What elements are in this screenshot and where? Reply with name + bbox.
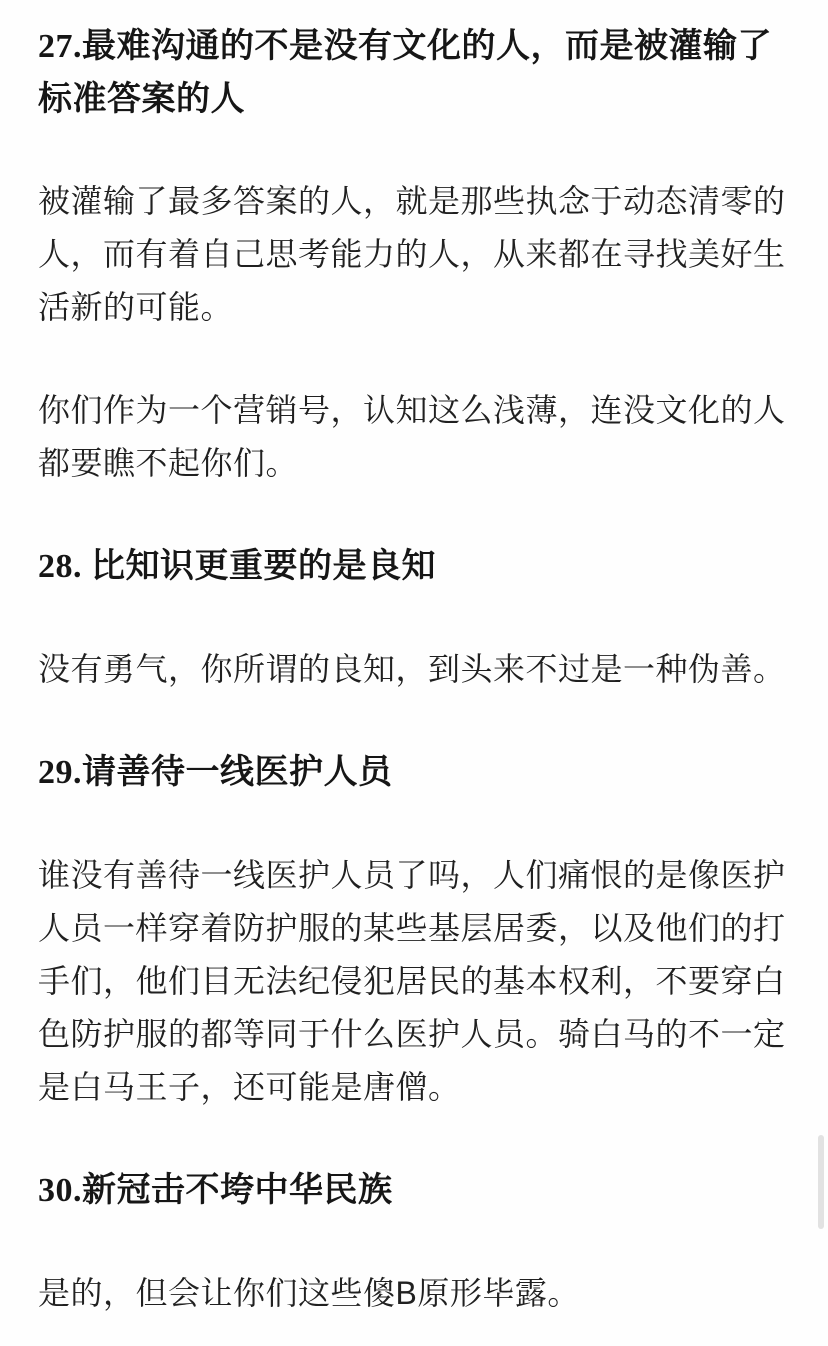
section-heading: 29.请善待一线医护人员 [38, 746, 790, 799]
section-title: 请善待一线医护人员 [82, 753, 393, 791]
section-title: 最难沟通的不是没有文化的人，而是被灌输了标准答案的人 [38, 27, 772, 118]
section-heading: 27.最难沟通的不是没有文化的人，而是被灌输了标准答案的人 [38, 20, 790, 125]
scrollbar[interactable] [814, 0, 828, 1346]
section-30: 30.新冠击不垮中华民族 是的，但会让你们这些傻B原形毕露。 [38, 1164, 790, 1320]
paragraph: 没有勇气，你所谓的良知，到头来不过是一种伪善。 [38, 643, 790, 696]
scrollbar-thumb[interactable] [818, 1135, 824, 1229]
section-number: 28. [38, 548, 91, 585]
paragraph: 被灌输了最多答案的人，就是那些执念于动态清零的人，而有着自己思考能力的人，从来都… [38, 175, 790, 334]
paragraph: 谁没有善待一线医护人员了吗，人们痛恨的是像医护人员一样穿着防护服的某些基层居委，… [38, 849, 790, 1114]
section-number: 30. [38, 1172, 82, 1209]
section-heading: 28. 比知识更重要的是良知 [38, 540, 790, 593]
paragraph: 你们作为一个营销号，认知这么浅薄，连没文化的人都要瞧不起你们。 [38, 384, 790, 490]
section-28: 28. 比知识更重要的是良知 没有勇气，你所谓的良知，到头来不过是一种伪善。 [38, 540, 790, 696]
article-body: 27.最难沟通的不是没有文化的人，而是被灌输了标准答案的人 被灌输了最多答案的人… [0, 0, 828, 1346]
section-29: 29.请善待一线医护人员 谁没有善待一线医护人员了吗，人们痛恨的是像医护人员一样… [38, 746, 790, 1114]
section-title: 新冠击不垮中华民族 [82, 1171, 393, 1209]
paragraph: 是的，但会让你们这些傻B原形毕露。 [38, 1267, 790, 1320]
section-number: 27. [38, 28, 82, 65]
section-heading: 30.新冠击不垮中华民族 [38, 1164, 790, 1217]
section-27: 27.最难沟通的不是没有文化的人，而是被灌输了标准答案的人 被灌输了最多答案的人… [38, 20, 790, 490]
section-number: 29. [38, 754, 82, 791]
section-title: 比知识更重要的是良知 [91, 547, 436, 585]
